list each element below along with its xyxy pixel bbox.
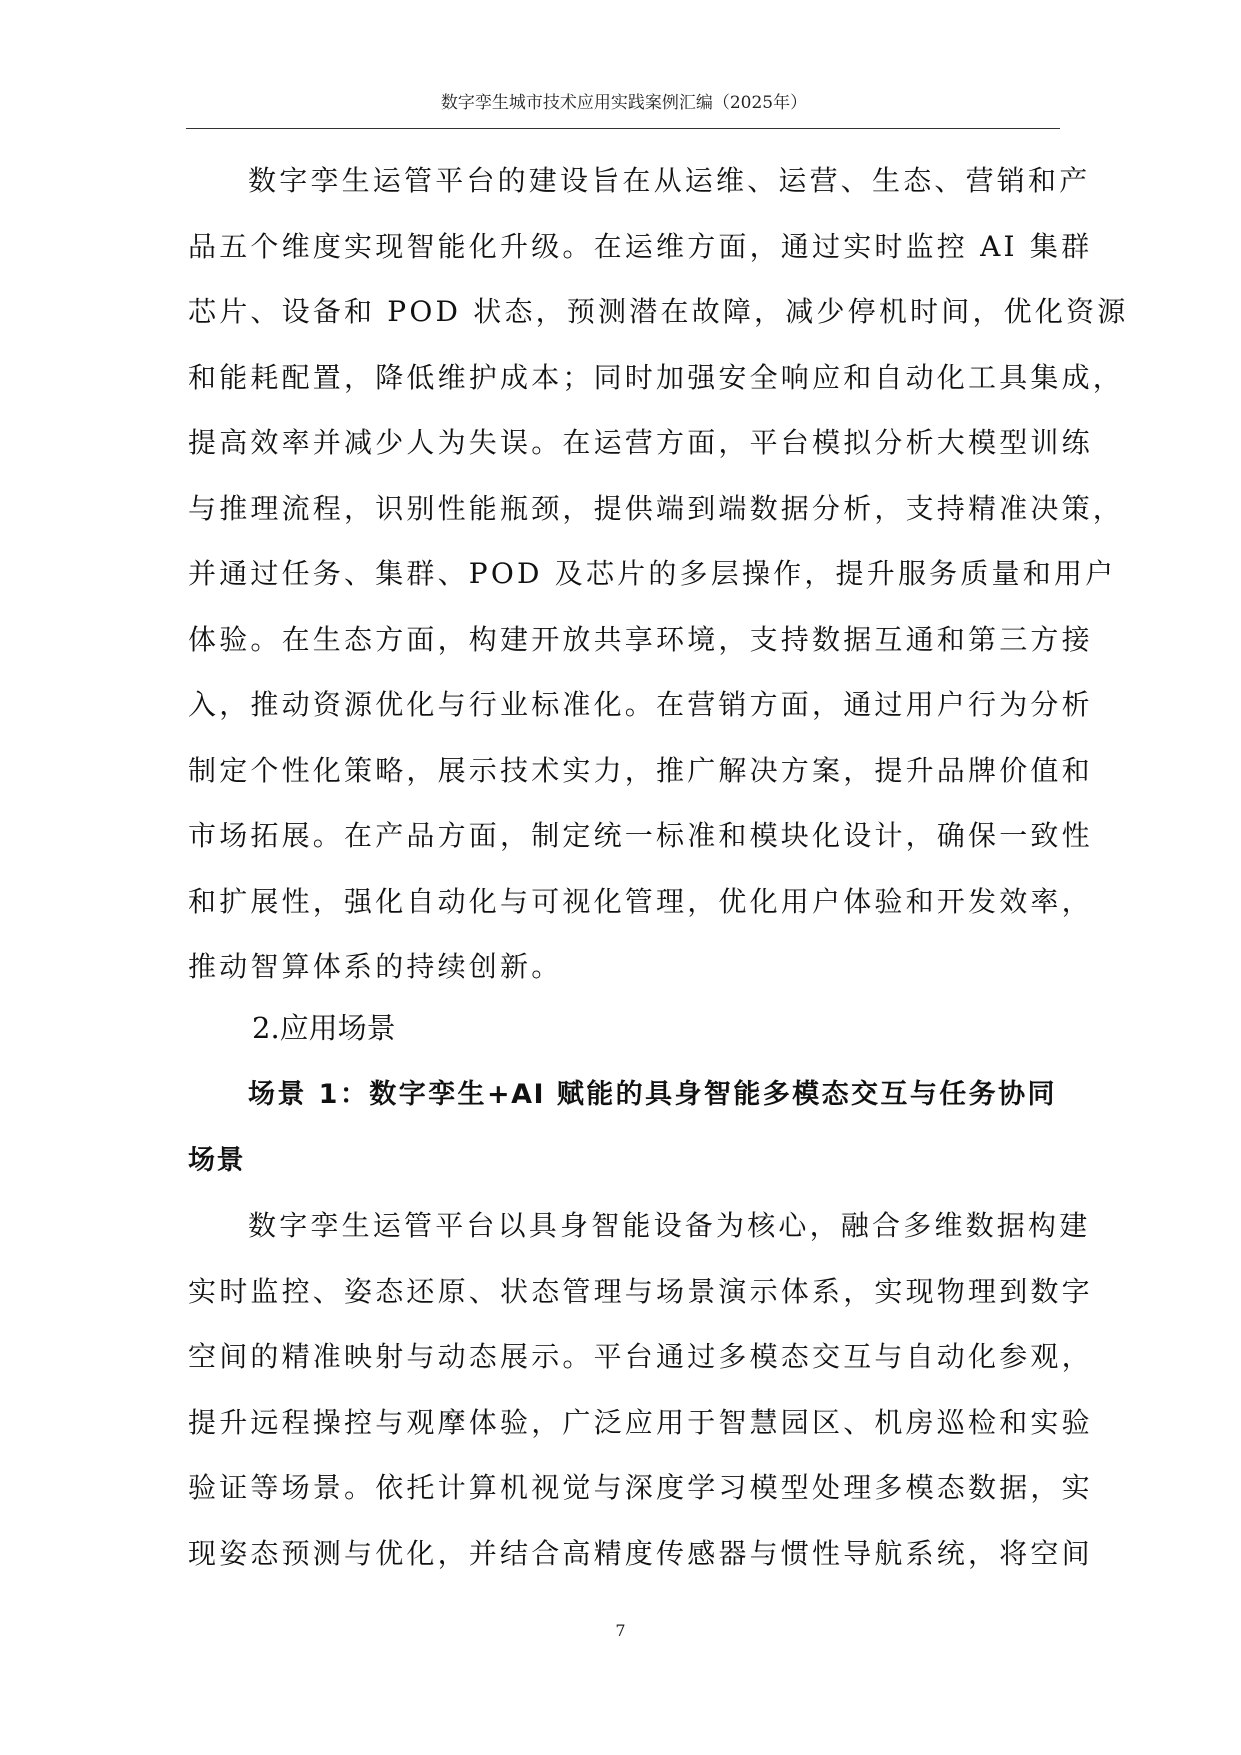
text-line: 与推理流程，识别性能瓶颈，提供端到端数据分析，支持精准决策， xyxy=(188,476,1056,542)
scenario-1-heading: 场景 1：数字孪生+AI 赋能的具身智能多模态交互与任务协同 场景 xyxy=(188,1062,1056,1193)
paragraph-platform-goals: 数字孪生运管平台的建设旨在从运维、运营、生态、营销和产 品五个维度实现智能化升级… xyxy=(188,148,1056,1000)
text-line: 现姿态预测与优化，并结合高精度传感器与惯性导航系统，将空间 xyxy=(188,1521,1056,1587)
text-line: 提高效率并减少人为失误。在运营方面，平台模拟分析大模型训练 xyxy=(188,410,1056,476)
text-line: 空间的精准映射与动态展示。平台通过多模态交互与自动化参观， xyxy=(188,1324,1056,1390)
text-line: 实时监控、姿态还原、状态管理与场景演示体系，实现物理到数字 xyxy=(188,1259,1056,1325)
heading-line: 场景 1：数字孪生+AI 赋能的具身智能多模态交互与任务协同 xyxy=(188,1062,1056,1128)
text-line: 数字孪生运管平台的建设旨在从运维、运营、生态、营销和产 xyxy=(188,148,1056,214)
text-line: 芯片、设备和 POD 状态，预测潜在故障，减少停机时间，优化资源 xyxy=(188,279,1056,345)
text-line: 和能耗配置，降低维护成本；同时加强安全响应和自动化工具集成， xyxy=(188,345,1056,411)
text-line: 提升远程操控与观摩体验，广泛应用于智慧园区、机房巡检和实验 xyxy=(188,1390,1056,1456)
heading-line: 场景 xyxy=(188,1128,1056,1194)
header-divider xyxy=(186,128,1060,129)
text-line: 验证等场景。依托计算机视觉与深度学习模型处理多模态数据，实 xyxy=(188,1455,1056,1521)
text-line: 并通过任务、集群、POD 及芯片的多层操作，提升服务质量和用户 xyxy=(188,541,1056,607)
paragraph-scenario-1: 数字孪生运管平台以具身智能设备为核心，融合多维数据构建 实时监控、姿态还原、状态… xyxy=(188,1193,1056,1586)
text-line: 市场拓展。在产品方面，制定统一标准和模块化设计，确保一致性 xyxy=(188,803,1056,869)
page-number: 7 xyxy=(0,1621,1241,1640)
text-line: 入，推动资源优化与行业标准化。在营销方面，通过用户行为分析 xyxy=(188,672,1056,738)
text-line: 品五个维度实现智能化升级。在运维方面，通过实时监控 AI 集群 xyxy=(188,214,1056,280)
text-line: 制定个性化策略，展示技术实力，推广解决方案，提升品牌价值和 xyxy=(188,738,1056,804)
running-header: 数字孪生城市技术应用实践案例汇编（2025年） xyxy=(188,88,1060,113)
text-line: 和扩展性，强化自动化与可视化管理，优化用户体验和开发效率， xyxy=(188,869,1056,935)
text-line: 体验。在生态方面，构建开放共享环境，支持数据互通和第三方接 xyxy=(188,607,1056,673)
text-line: 推动智算体系的持续创新。 xyxy=(188,934,1056,1000)
section-heading-application-scenarios: 2.应用场景 xyxy=(252,1006,396,1047)
text-line: 数字孪生运管平台以具身智能设备为核心，融合多维数据构建 xyxy=(188,1193,1056,1259)
